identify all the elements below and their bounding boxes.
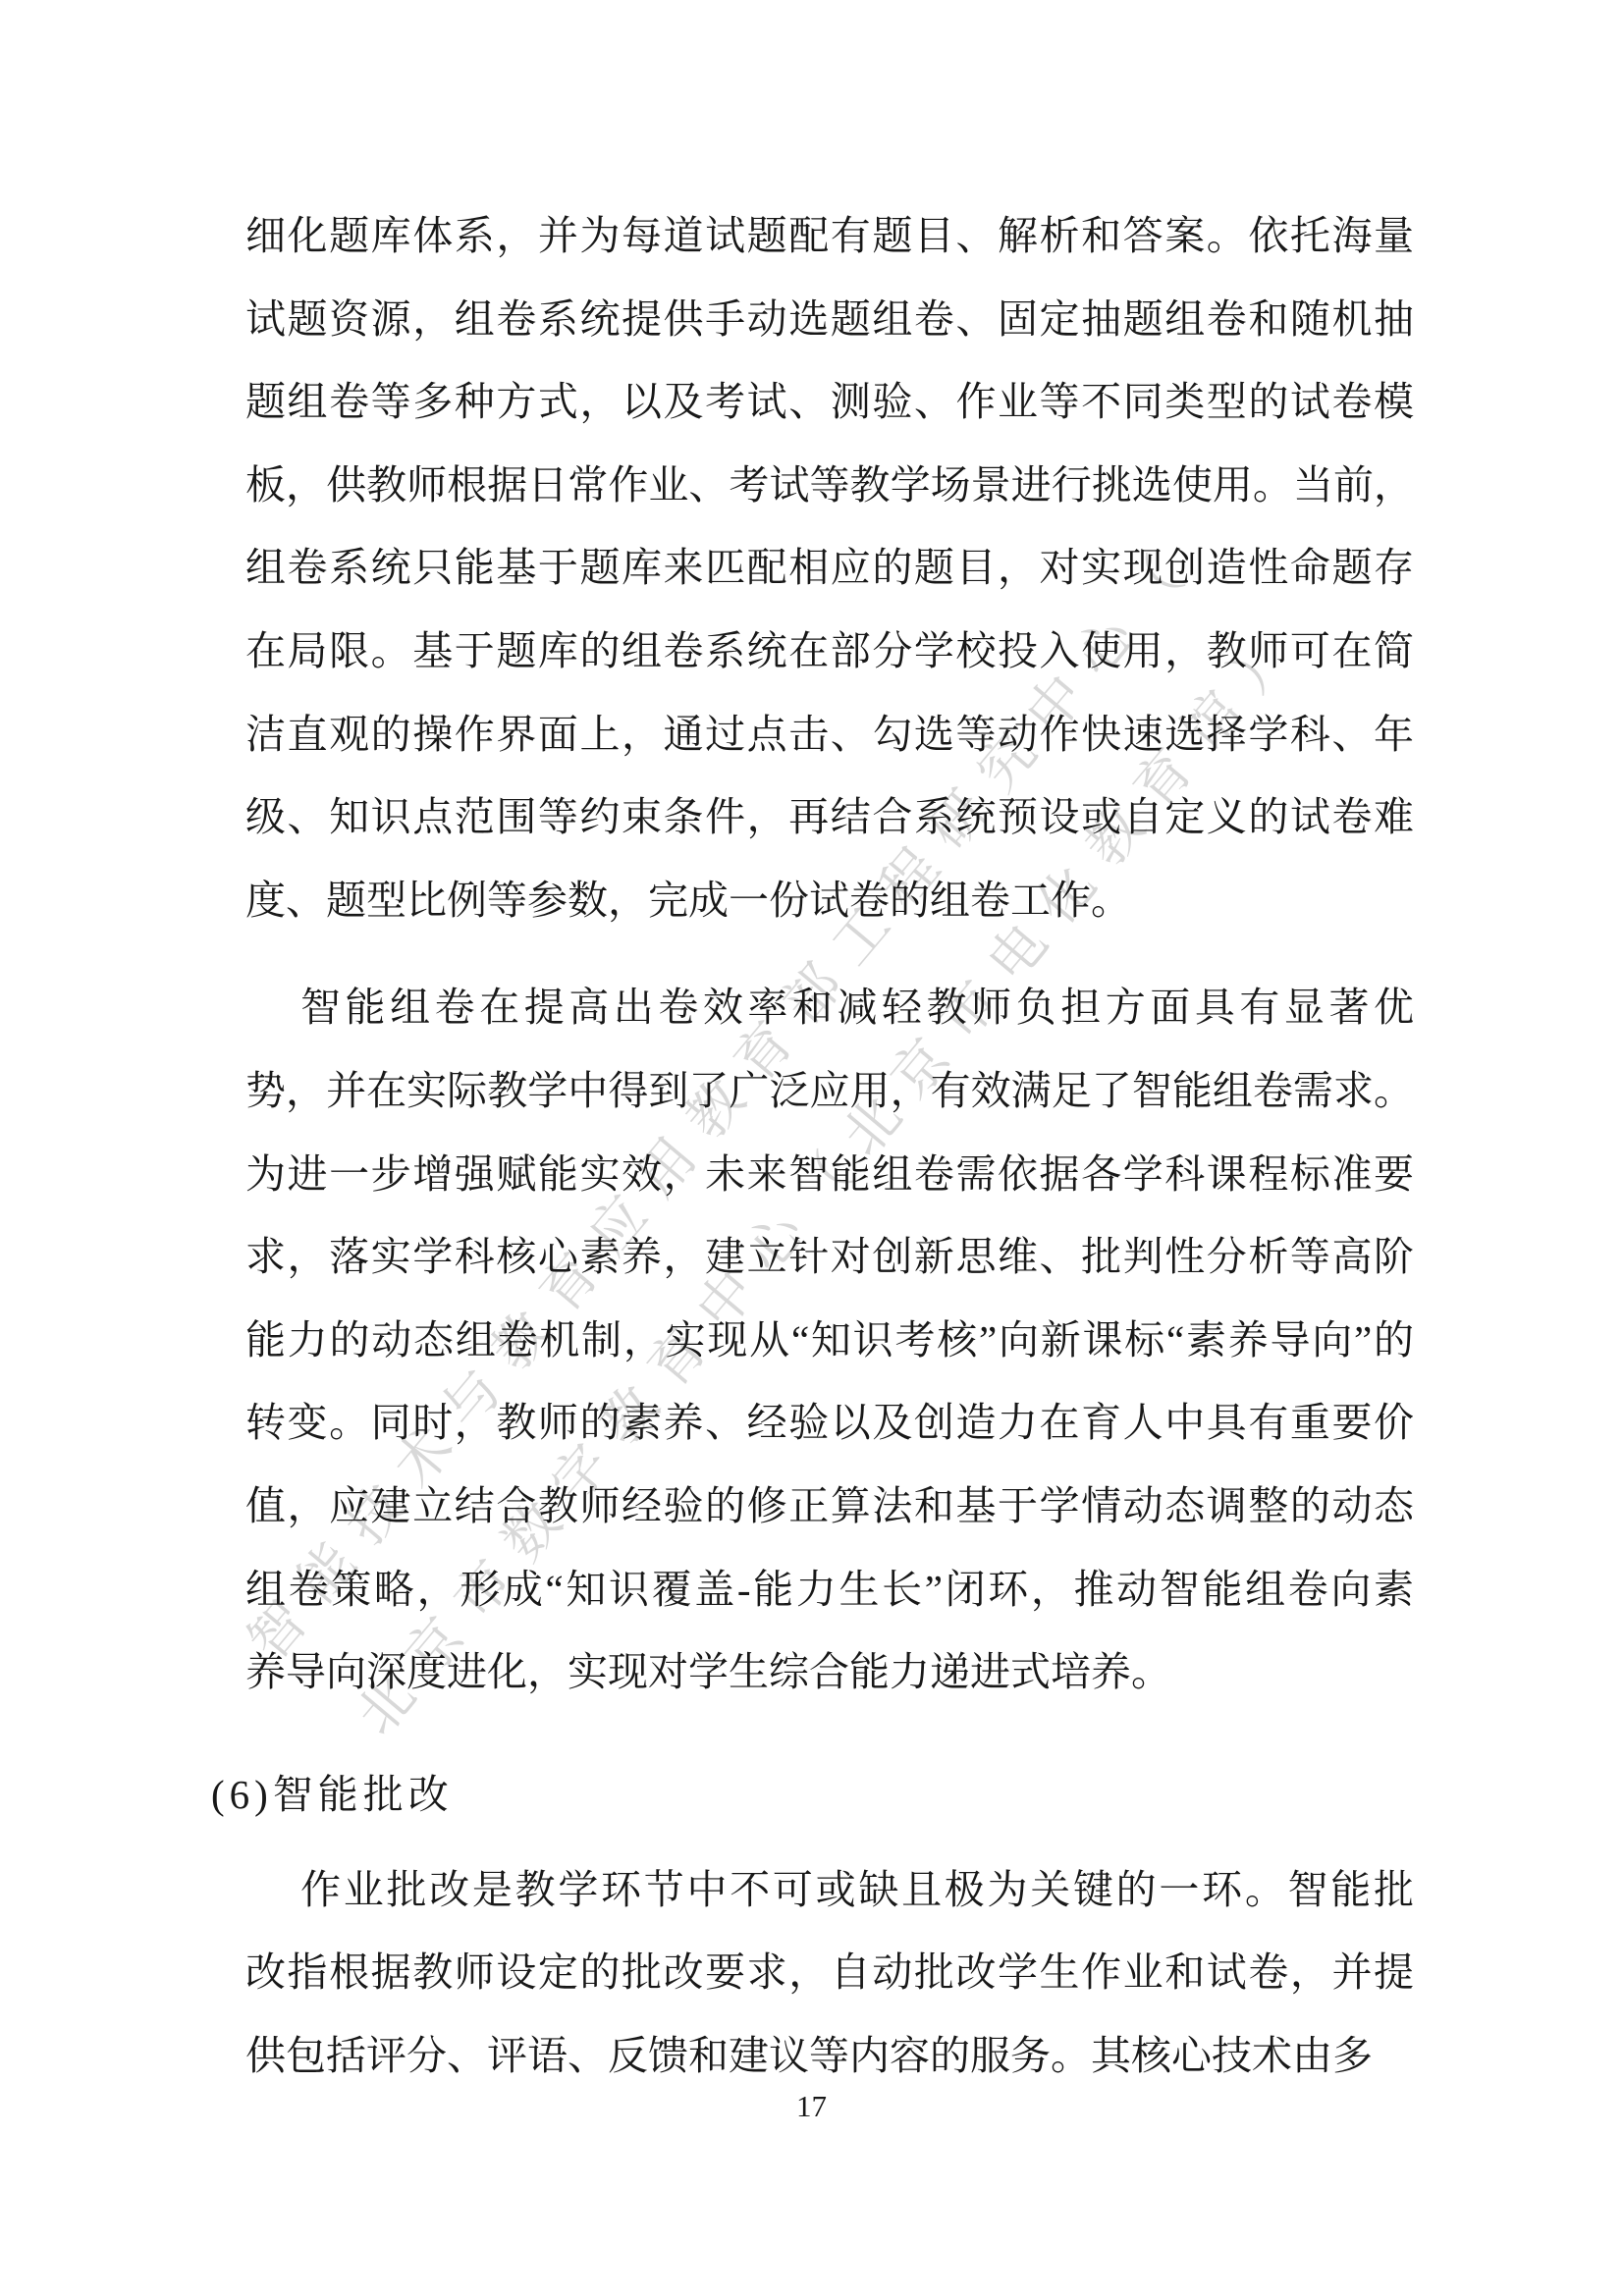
text-line: 势，并在实际教学中得到了广泛应用，有效满足了智能组卷需求。 (245, 1049, 1414, 1133)
text-line: 智能组卷在提高出卷效率和减轻教师负担方面具有显著优 (245, 966, 1414, 1049)
document-page: 智能技术与教育应用教育部工程研究中心（ 北京市数字教育中心（北京市电化教育馆） … (0, 0, 1623, 2296)
text-line: 作业批改是教学环节中不可或缺且极为关键的一环。智能批 (245, 1848, 1414, 1932)
text-line: 在局限。基于题库的组卷系统在部分学校投入使用，教师可在简 (245, 610, 1414, 693)
text-line: 度、题型比例等参数，完成一份试卷的组卷工作。 (245, 859, 1414, 942)
text-body: 细化题库体系，并为每道试题配有题目、解析和答案。依托海量试题资源，组卷系统提供手… (245, 194, 1414, 2097)
text-line: 能力的动态组卷机制，实现从“知识考核”向新课标“素养导向”的 (245, 1299, 1414, 1382)
text-line: 改指根据教师设定的批改要求，自动批改学生作业和试卷，并提 (245, 1931, 1414, 2014)
text-line: 细化题库体系，并为每道试题配有题目、解析和答案。依托海量 (245, 194, 1414, 278)
text-line: 转变。同时，教师的素养、经验以及创造力在育人中具有重要价 (245, 1381, 1414, 1465)
text-line: 试题资源，组卷系统提供手动选题组卷、固定抽题组卷和随机抽 (245, 278, 1414, 361)
page-number: 17 (0, 2089, 1623, 2124)
paragraph: 智能组卷在提高出卷效率和减轻教师负担方面具有显著优势，并在实际教学中得到了广泛应… (245, 966, 1414, 1713)
text-line: 值，应建立结合教师经验的修正算法和基于学情动态调整的动态 (245, 1465, 1414, 1548)
text-line: 组卷系统只能基于题库来匹配相应的题目，对实现创造性命题存 (245, 526, 1414, 610)
text-line: 求，落实学科核心素养，建立针对创新思维、批判性分析等高阶 (245, 1215, 1414, 1299)
text-line: 板，供教师根据日常作业、考试等教学场景进行挑选使用。当前， (245, 444, 1414, 527)
paragraph: 细化题库体系，并为每道试题配有题目、解析和答案。依托海量试题资源，组卷系统提供手… (245, 194, 1414, 941)
text-line: 题组卷等多种方式，以及考试、测验、作业等不同类型的试卷模 (245, 360, 1414, 444)
text-line: 供包括评分、评语、反馈和建议等内容的服务。其核心技术由多 (245, 2014, 1414, 2098)
text-line: 洁直观的操作界面上，通过点击、勾选等动作快速选择学科、年 (245, 693, 1414, 776)
text-line: 养导向深度进化，实现对学生综合能力递进式培养。 (245, 1630, 1414, 1714)
text-line: 组卷策略，形成“知识覆盖-能力生长”闭环，推动智能组卷向素 (245, 1548, 1414, 1631)
paragraph: 作业批改是教学环节中不可或缺且极为关键的一环。智能批改指根据教师设定的批改要求，… (245, 1848, 1414, 2098)
text-line: 为进一步增强赋能实效，未来智能组卷需依据各学科课程标准要 (245, 1133, 1414, 1216)
section-heading: (6)智能批改 (211, 1753, 1414, 1837)
text-line: 级、知识点范围等约束条件，再结合系统预设或自定义的试卷难 (245, 775, 1414, 859)
